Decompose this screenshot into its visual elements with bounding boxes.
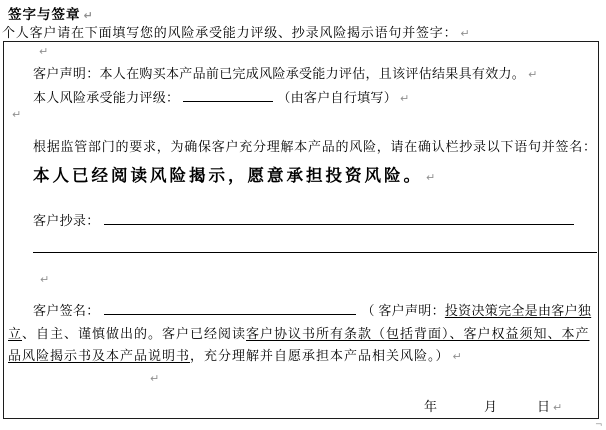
signature-blank[interactable] — [104, 301, 356, 315]
paragraph-mark: ↵ — [39, 45, 48, 58]
page-subtitle-text: 个人客户请在下面填写您的风险承受能力评级、抄录风险揭示语句并签字： — [2, 25, 457, 40]
page-subtitle: 个人客户请在下面填写您的风险承受能力评级、抄录风险揭示语句并签字：↵ — [2, 22, 470, 41]
paragraph-mark: ↵ — [528, 68, 538, 81]
day-label: 日 — [537, 399, 550, 414]
risk-rating-label: 本人风险承受能力评级： — [33, 90, 179, 105]
paragraph-mark: ↵ — [40, 273, 49, 286]
paragraph-mark: ↵ — [453, 350, 462, 363]
paragraph-mark: ↵ — [150, 372, 159, 385]
date-row[interactable]: 年月日↵ — [424, 396, 562, 415]
signature-row: 客户签名：（ 客户声明：投资决策完全是由客户独 — [33, 300, 591, 319]
client-declaration-line: 客户声明：本人在购买本产品前已完成风险承受能力评估，且该评估结果具有效力。↵ — [33, 63, 538, 82]
paragraph-mark: ↵ — [460, 27, 470, 40]
signature-note-line3: 品风险揭示书及本产品说明书，充分理解并自愿承担本产品相关风险。）↵ — [8, 345, 462, 364]
client-copy-row: 客户抄录： — [33, 210, 574, 229]
signature-note-middle: 、自主、谨慎做出的。客户已经阅读 — [22, 326, 246, 341]
client-copy-blank-line1[interactable] — [104, 211, 574, 225]
signature-form-box: ↵ 客户声明：本人在购买本产品前已完成风险承受能力评估，且该评估结果具有效力。↵… — [3, 41, 599, 419]
signature-label: 客户签名： — [33, 303, 100, 318]
document-page: 签字与签章↵ 个人客户请在下面填写您的风险承受能力评级、抄录风险揭示语句并签字：… — [0, 0, 606, 430]
client-copy-label: 客户抄录： — [33, 213, 100, 228]
signature-note-open: （ 客户声明： — [362, 303, 445, 318]
instruction-text: 根据监管部门的要求，为确保客户充分理解本产品的风险，请在确认栏抄录以下语句并签名… — [33, 139, 597, 154]
year-label: 年 — [424, 399, 437, 414]
paragraph-mark: ↵ — [400, 92, 410, 105]
anchor-mark: ¬ — [595, 420, 603, 430]
paragraph-mark: ↵ — [12, 108, 21, 121]
risk-rating-note: （由客户自行填写） — [277, 90, 397, 105]
signature-note-tail: ，充分理解并自愿承担本产品相关风险。） — [190, 348, 450, 363]
client-declaration-text: 客户声明：本人在购买本产品前已完成风险承受能力评估，且该评估结果具有效力。 — [33, 66, 525, 81]
month-label: 月 — [484, 399, 497, 414]
paragraph-mark: ↵ — [84, 9, 94, 22]
signature-note-underlined-1b: 立 — [8, 326, 22, 341]
paragraph-mark: ↵ — [553, 401, 562, 414]
risk-rating-row: 本人风险承受能力评级：（由客户自行填写）↵ — [33, 87, 410, 106]
risk-rating-blank[interactable] — [183, 88, 273, 102]
client-copy-blank-line2[interactable] — [33, 232, 597, 253]
page-title: 签字与签章↵ — [8, 3, 94, 23]
paragraph-mark: ↵ — [426, 171, 435, 184]
instruction-line: 根据监管部门的要求，为确保客户充分理解本产品的风险，请在确认栏抄录以下语句并签名… — [33, 136, 599, 155]
signature-note-underlined-1a: 投资决策完全是由客户独 — [445, 303, 591, 318]
risk-statement-line: 本人已经阅读风险揭示，愿意承担投资风险。↵ — [33, 162, 435, 186]
signature-note-underlined-2b: 品风险揭示书及本产品说明书 — [8, 348, 190, 363]
risk-statement-text: 本人已经阅读风险揭示，愿意承担投资风险。 — [33, 166, 423, 185]
page-title-text: 签字与签章 — [8, 7, 81, 22]
signature-note-line2: 立、自主、谨慎做出的。客户已经阅读客户协议书所有条款（包括背面）、客户权益须知、… — [8, 323, 590, 342]
signature-note-underlined-2a: 客户协议书所有条款（包括背面）、客户权益须知、本产 — [246, 326, 590, 341]
